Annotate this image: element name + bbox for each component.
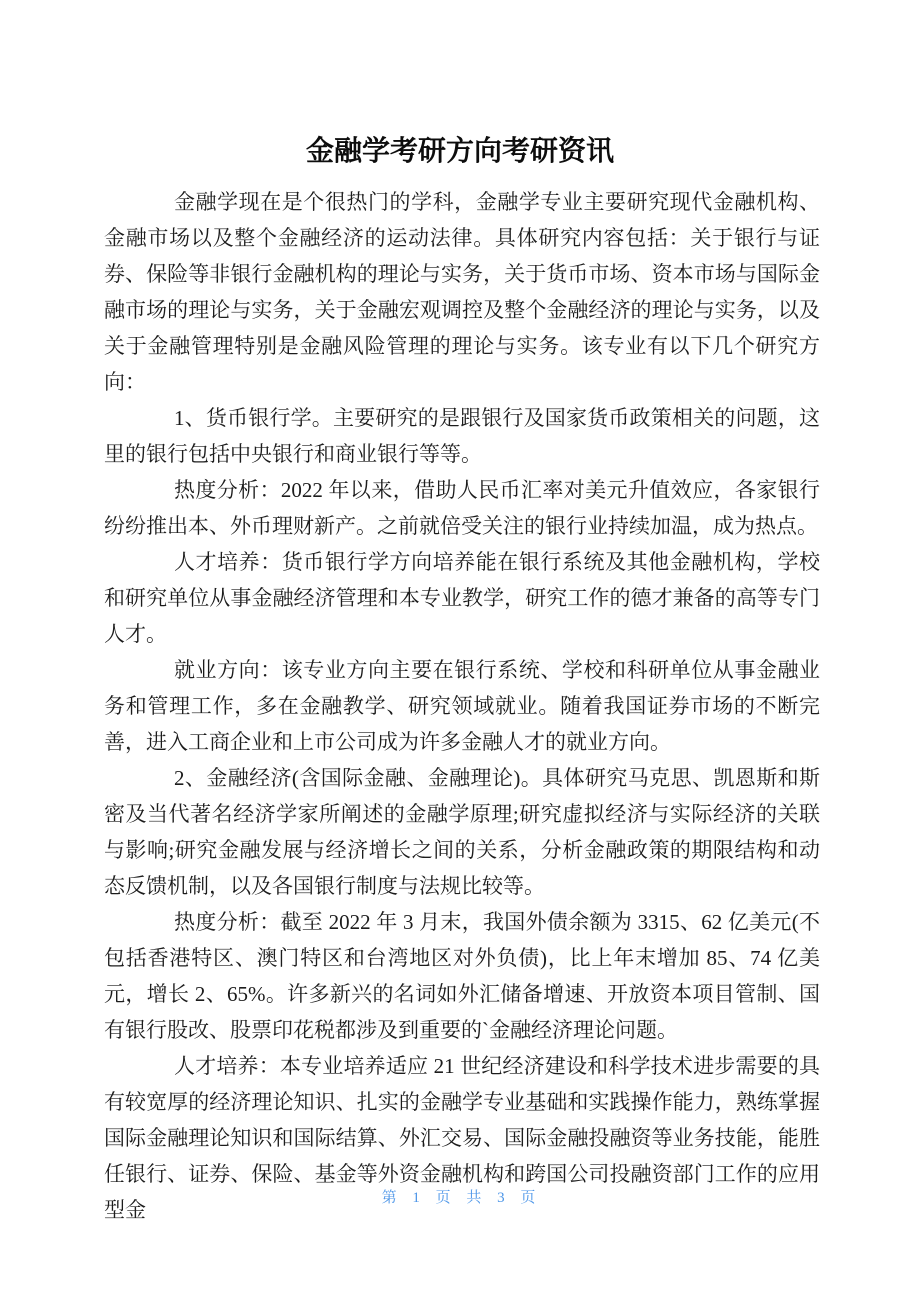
paragraph: 人才培养：货币银行学方向培养能在银行系统及其他金融机构，学校和研究单位从事金融经… bbox=[104, 544, 820, 652]
page-footer: 第 1 页 共 3 页 bbox=[0, 1186, 920, 1207]
paragraph: 热度分析：截至 2022 年 3 月末，我国外债余额为 3315、62 亿美元(… bbox=[104, 904, 820, 1048]
paragraph: 1、货币银行学。主要研究的是跟银行及国家货币政策相关的问题，这里的银行包括中央银… bbox=[104, 400, 820, 472]
document-title: 金融学考研方向考研资讯 bbox=[0, 132, 920, 170]
paragraph: 就业方向：该专业方向主要在银行系统、学校和科研单位从事金融业务和管理工作，多在金… bbox=[104, 652, 820, 760]
page-number-label: 第 1 页 共 3 页 bbox=[382, 1190, 539, 1206]
document-body: 金融学现在是个很热门的学科，金融学专业主要研究现代金融机构、金融市场以及整个金融… bbox=[104, 184, 820, 1228]
paragraph: 热度分析：2022 年以来，借助人民币汇率对美元升值效应，各家银行纷纷推出本、外… bbox=[104, 472, 820, 544]
document-page: 金融学考研方向考研资讯 金融学现在是个很热门的学科，金融学专业主要研究现代金融机… bbox=[0, 0, 920, 1302]
paragraph: 2、金融经济(含国际金融、金融理论)。具体研究马克思、凯恩斯和斯密及当代著名经济… bbox=[104, 760, 820, 904]
paragraph: 金融学现在是个很热门的学科，金融学专业主要研究现代金融机构、金融市场以及整个金融… bbox=[104, 184, 820, 400]
